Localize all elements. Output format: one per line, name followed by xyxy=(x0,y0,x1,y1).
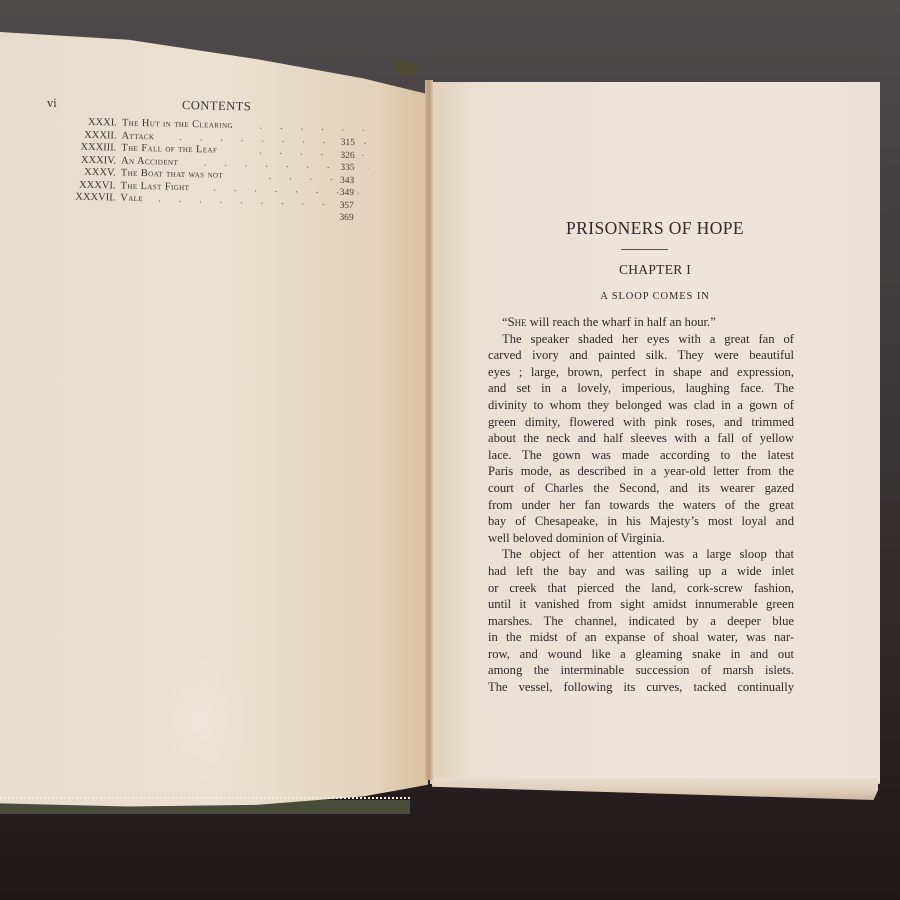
text-line: among the interminable succession of mar… xyxy=(488,662,794,679)
book-gutter xyxy=(425,80,433,780)
text-line: eyes ; large, brown, perfect in shape an… xyxy=(488,364,794,381)
chapter-title: The Last Fight xyxy=(120,180,189,192)
chapter-title: The Hut in the Clearing xyxy=(122,118,233,131)
text-line: until it vanished from sight amidst innu… xyxy=(488,596,794,613)
toc-page-numbers: 315 326 335 343 349 357 369 xyxy=(339,138,355,226)
text-line: The vessel, following its curves, tacked… xyxy=(488,679,794,696)
chapter-number: XXXI. xyxy=(45,116,117,129)
chapter-title: The Fall of the Leaf xyxy=(121,143,217,156)
chapter-body: “She will reach the wharf in half an hou… xyxy=(488,314,794,696)
chapter-number: XXXV. xyxy=(44,166,116,179)
chapter-number: XXXIV. xyxy=(44,153,116,166)
chapter-number: XXXII. xyxy=(45,128,117,141)
toc-page-number: 357 xyxy=(339,200,353,213)
text-line: carved ivory and painted silk. They were… xyxy=(488,347,794,364)
toc-page-number: 335 xyxy=(340,163,354,176)
page-stitching xyxy=(0,797,410,803)
chapter-number: XXXVI. xyxy=(43,178,115,191)
text-line: lace. The gown was made according to the… xyxy=(488,447,794,464)
toc-page-number: 326 xyxy=(340,150,354,163)
text-line: well beloved dominion of Virginia. xyxy=(488,530,794,547)
book-title: PRISONERS OF HOPE xyxy=(430,218,880,239)
text-line: had left the bay and was sailing up a wi… xyxy=(488,563,794,580)
chapter-number: XXXVII. xyxy=(43,191,115,204)
table-of-contents: XXXI. The Hut in the Clearing . . . . . … xyxy=(43,116,385,211)
text-line: bay of Chesapeake, in his Majesty’s most… xyxy=(488,513,794,530)
leader-dots: . . . . . . . . . . xyxy=(260,121,370,133)
chapter-title: Vale xyxy=(120,193,143,204)
toc-page-number: 343 xyxy=(340,175,354,188)
text-line: in the midst of an expanse of shoal wate… xyxy=(488,629,794,646)
text-line: The speaker shaded her eyes with a great… xyxy=(488,331,794,348)
chapter-subtitle: A SLOOP COMES IN xyxy=(430,291,880,302)
text-line: and set in a lovely, imperious, laughing… xyxy=(488,380,794,397)
toc-page-number: 369 xyxy=(339,213,353,226)
page-number: vi xyxy=(47,96,57,111)
running-head: vi CONTENTS xyxy=(47,96,387,114)
contents-title: CONTENTS xyxy=(182,98,252,114)
chapter-title: The Boat that was not xyxy=(121,168,224,181)
text-line: court of Charles the Second, and its wea… xyxy=(488,480,794,497)
text-line: about the neck and half sleeves with a f… xyxy=(488,430,794,447)
toc-page-number: 315 xyxy=(341,138,355,151)
text-line: row, and wound like a gleaming snake in … xyxy=(488,646,794,663)
title-rule xyxy=(621,249,668,250)
text-line: The object of her attention was a large … xyxy=(488,546,794,563)
opening-rest: will reach the wharf in half an hour.” xyxy=(527,315,716,329)
chapter-heading: CHAPTER I xyxy=(430,262,880,278)
opening-line: “She will reach the wharf in half an hou… xyxy=(488,314,794,331)
page-light-spot xyxy=(150,650,250,790)
toc-page-number: 349 xyxy=(340,188,354,201)
chapter-number: XXXIII. xyxy=(44,141,116,154)
text-line: from under her fan towards the waters of… xyxy=(488,497,794,514)
text-line: or creek that pierced the land, cork-scr… xyxy=(488,580,794,597)
chapter-title: An Accident xyxy=(121,155,178,167)
text-line: Paris mode, as described in a year-old l… xyxy=(488,463,794,480)
text-line: divinity to whom they belonged was clad … xyxy=(488,397,794,414)
drop-word: She xyxy=(508,315,527,329)
text-line: marshes. The channel, indicated by a dee… xyxy=(488,613,794,630)
chapter-title: Attack xyxy=(121,130,154,142)
text-line: green dimity, flowered with pink roses, … xyxy=(488,414,794,431)
